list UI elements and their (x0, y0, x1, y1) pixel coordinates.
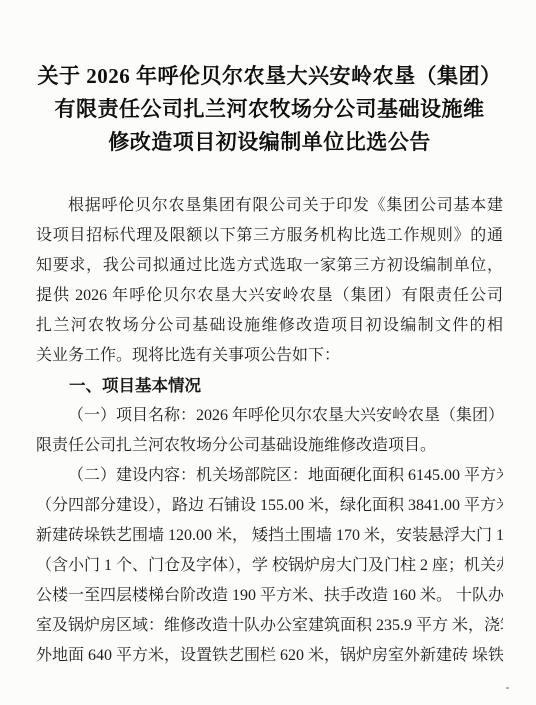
construction-content-line: 新建砖垛铁艺围墙 120.00 米， 矮挡土围墙 170 米，安装悬浮大门 1 … (36, 521, 503, 551)
document-body: 根据呼伦贝尔农垦集团有限公司关于印发《集团公司基本建 设项目招标代理及限额以下第… (36, 191, 503, 671)
construction-content-line: 室及锅炉房区域：维修改造十队办公室建筑面积 235.9 平方 米，浇筑室 (36, 611, 503, 641)
project-name-line: （一）项目名称：2026 年呼伦贝尔农垦大兴安岭农垦（集团）有 (36, 401, 503, 431)
document-title: 关于 2026 年呼伦贝尔农垦大兴安岭农垦（集团） 有限责任公司扎兰河农牧场分公… (36, 60, 503, 159)
project-name-paragraph: （一）项目名称：2026 年呼伦贝尔农垦大兴安岭农垦（集团）有 限责任公司扎兰河… (36, 401, 503, 461)
document-title-line: 关于 2026 年呼伦贝尔农垦大兴安岭农垦（集团） (36, 60, 503, 93)
intro-paragraph: 根据呼伦贝尔农垦集团有限公司关于印发《集团公司基本建 设项目招标代理及限额以下第… (36, 191, 503, 371)
section-heading: 一、项目基本情况 (36, 371, 503, 401)
construction-content-paragraph: （二）建设内容：机关场部院区：地面硬化面积 6145.00 平方米 （分四部分建… (36, 461, 503, 671)
announcement-page: 关于 2026 年呼伦贝尔农垦大兴安岭农垦（集团） 有限责任公司扎兰河农牧场分公… (0, 0, 536, 705)
scan-speck (506, 687, 509, 689)
intro-line: 提供 2026 年呼伦贝尔农垦大兴安岭农垦（集团）有限责任公司 (36, 281, 503, 311)
intro-line: 知要求，我公司拟通过比选方式选取一家第三方初设编制单位， (36, 251, 503, 281)
construction-content-line: （分四部分建设），路边 石铺设 155.00 米，绿化面积 3841.00 平方… (36, 491, 503, 521)
intro-line: 扎兰河农牧场分公司基础设施维修改造项目初设编制文件的相 (36, 311, 503, 341)
construction-content-line: （二）建设内容：机关场部院区：地面硬化面积 6145.00 平方米 (36, 461, 503, 491)
project-name-line: 限责任公司扎兰河农牧场分公司基础设施维修改造项目。 (36, 431, 503, 461)
section-basic-info: 一、项目基本情况 （一）项目名称：2026 年呼伦贝尔农垦大兴安岭农垦（集团）有… (36, 371, 503, 671)
construction-content-line: （含小门 1 个、门仓及字体），学 校锅炉房大门及门柱 2 座；机关办 (36, 551, 503, 581)
construction-content-line: 公楼一至四层楼梯台阶改造 190 平方米、扶手改造 160 米。 十队办公 (36, 581, 503, 611)
construction-content-line: 外地面 640 平方米，设置铁艺围栏 620 米，锅炉房室外新建砖 垛铁艺 (36, 641, 503, 671)
document-title-line: 修改造项目初设编制单位比选公告 (36, 126, 503, 159)
document-title-line: 有限责任公司扎兰河农牧场分公司基础设施维 (36, 93, 503, 126)
intro-line: 关业务工作。现将比选有关事项公告如下： (36, 341, 503, 371)
intro-line: 根据呼伦贝尔农垦集团有限公司关于印发《集团公司基本建 (36, 191, 503, 221)
intro-line: 设项目招标代理及限额以下第三方服务机构比选工作规则》的通 (36, 221, 503, 251)
